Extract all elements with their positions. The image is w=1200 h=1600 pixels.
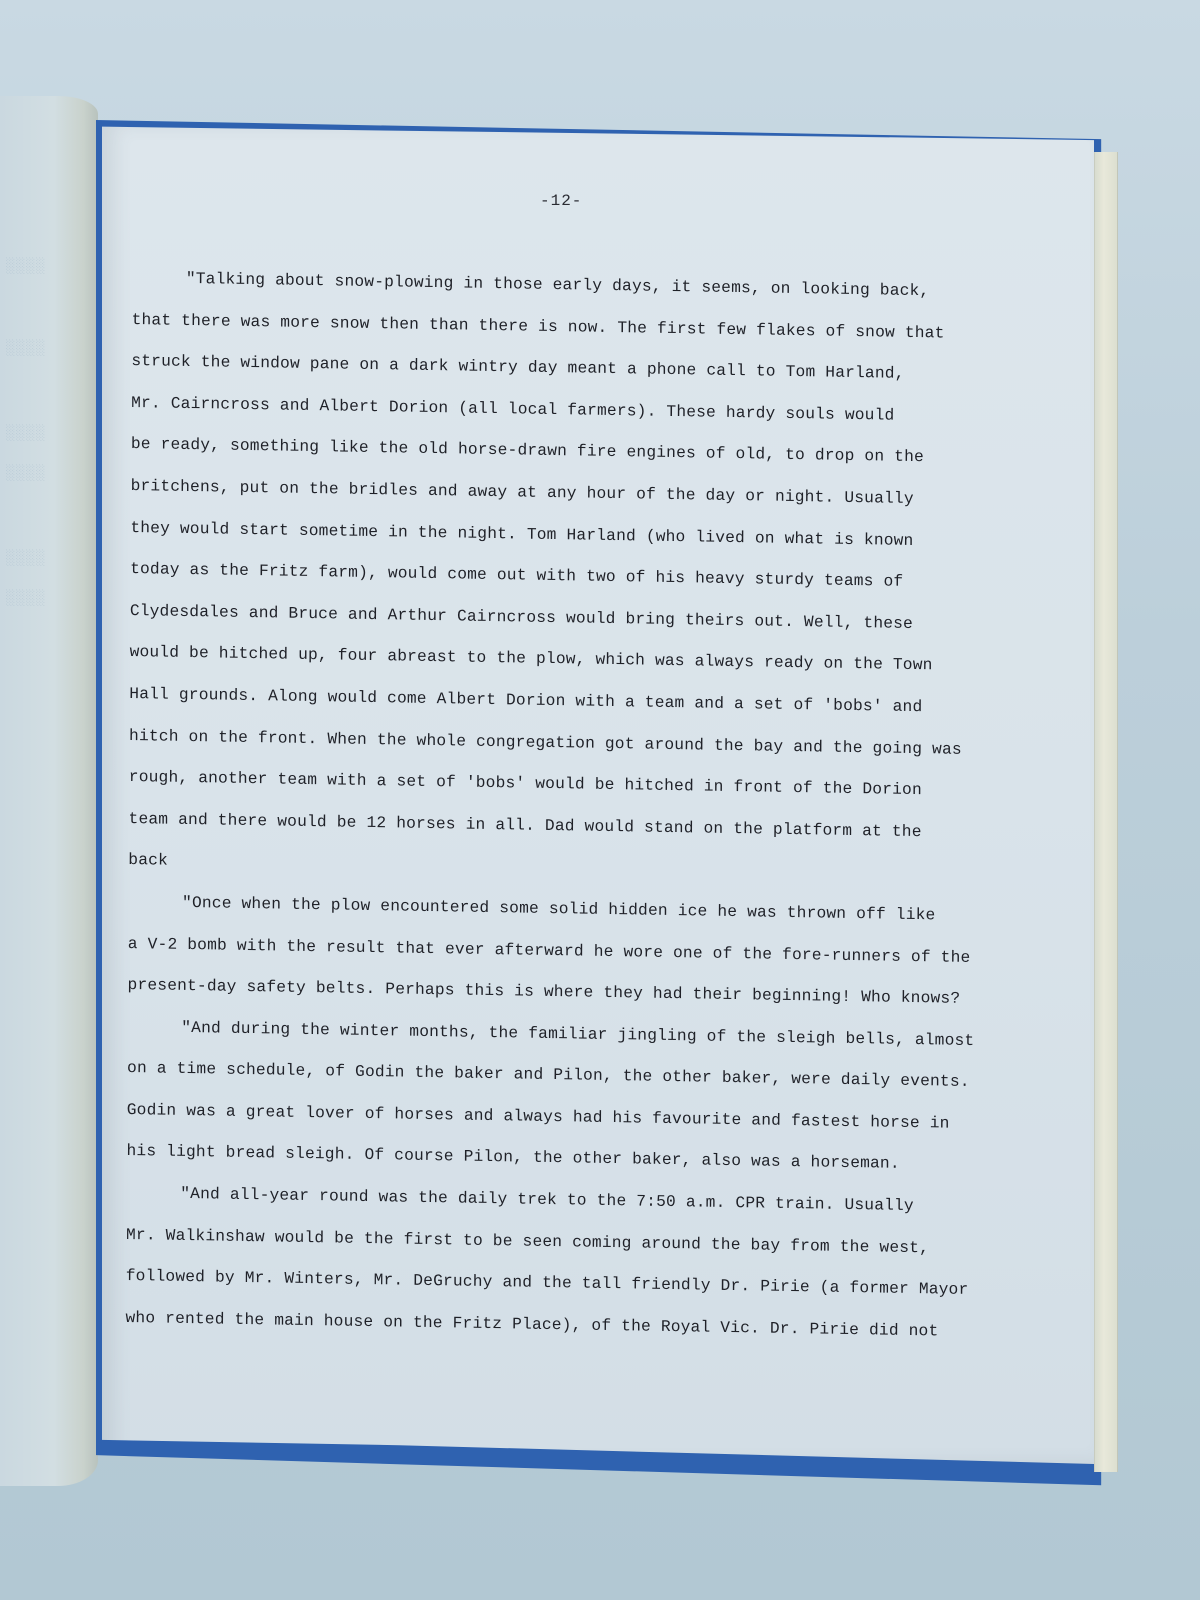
bleed-through-left: ░░░░ — [6, 590, 46, 607]
page-number: -12- — [540, 192, 582, 210]
typewritten-text: "Talking about snow-plowing in those ear… — [125, 258, 1012, 1354]
bleed-through-left: ░░░░ — [6, 550, 46, 567]
bleed-through-left: ░░░░ — [6, 425, 46, 442]
left-page-curl — [0, 96, 98, 1486]
page-edge-stack — [1094, 152, 1118, 1472]
bleed-through-left: ░░░░ — [6, 465, 46, 482]
bleed-through-left: ░░░░ — [6, 258, 46, 275]
bleed-through-left: ░░░░ — [6, 340, 46, 357]
